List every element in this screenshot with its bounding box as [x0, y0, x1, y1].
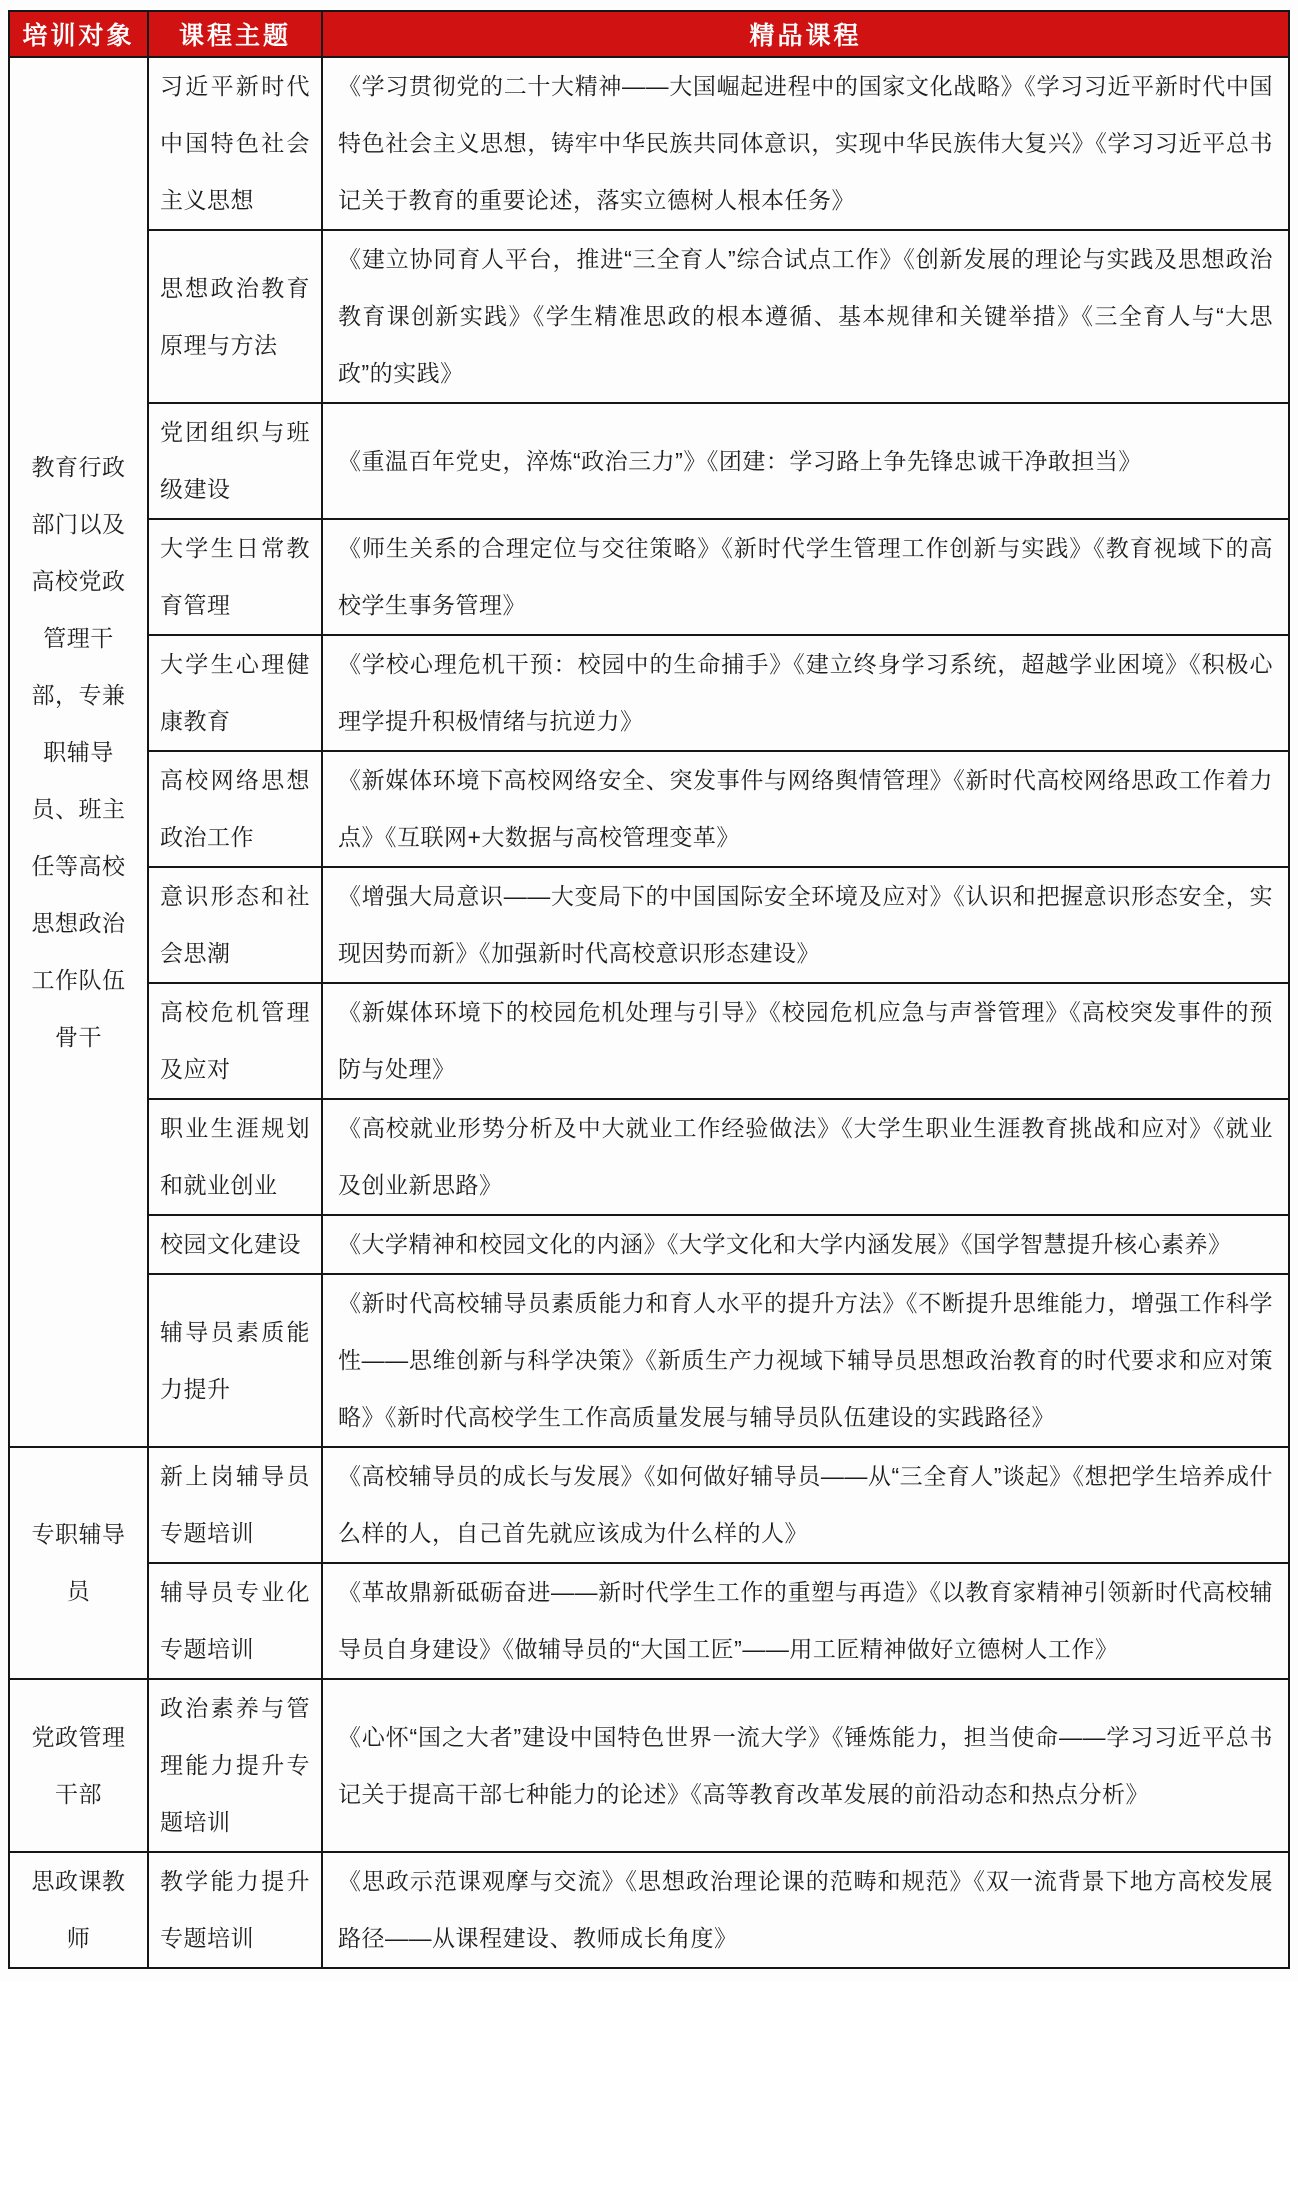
courses-cell: 《心怀“国之大者”建设中国特色世界一流大学》《锤炼能力，担当使命——学习习近平总… [322, 1679, 1289, 1852]
table-row: 专职辅导员 新上岗辅导员专题培训 《高校辅导员的成长与发展》《如何做好辅导员——… [9, 1447, 1289, 1563]
theme-cell: 习近平新时代中国特色社会主义思想 [148, 57, 322, 230]
courses-cell: 《学校心理危机干预：校园中的生命捕手》《建立终身学习系统，超越学业困境》《积极心… [322, 635, 1289, 751]
table-row: 职业生涯规划和就业创业 《高校就业形势分析及中大就业工作经验做法》《大学生职业生… [9, 1099, 1289, 1215]
course-catalog-table: 培训对象 课程主题 精品课程 教育行政部门以及高校党政管理干部，专兼职辅导员、班… [8, 10, 1290, 1969]
courses-cell: 《学习贯彻党的二十大精神——大国崛起进程中的国家文化战略》《学习习近平新时代中国… [322, 57, 1289, 230]
courses-cell: 《师生关系的合理定位与交往策略》《新时代学生管理工作创新与实践》《教育视域下的高… [322, 519, 1289, 635]
table-row: 党政管理干部 政治素养与管理能力提升专题培训 《心怀“国之大者”建设中国特色世界… [9, 1679, 1289, 1852]
courses-cell: 《革故鼎新砥砺奋进——新时代学生工作的重塑与再造》《以教育家精神引领新时代高校辅… [322, 1563, 1289, 1679]
theme-cell: 政治素养与管理能力提升专题培训 [148, 1679, 322, 1852]
courses-cell: 《大学精神和校园文化的内涵》《大学文化和大学内涵发展》《国学智慧提升核心素养》 [322, 1215, 1289, 1274]
theme-cell: 校园文化建设 [148, 1215, 322, 1274]
courses-cell: 《高校辅导员的成长与发展》《如何做好辅导员——从“三全育人”谈起》《想把学生培养… [322, 1447, 1289, 1563]
table-row: 思政课教师 教学能力提升专题培训 《思政示范课观摩与交流》《思想政治理论课的范畴… [9, 1852, 1289, 1968]
col-header-courses: 精品课程 [322, 11, 1289, 57]
table-row: 意识形态和社会思潮 《增强大局意识——大变局下的中国国际安全环境及应对》《认识和… [9, 867, 1289, 983]
audience-cell: 专职辅导员 [9, 1447, 148, 1679]
theme-cell: 意识形态和社会思潮 [148, 867, 322, 983]
courses-cell: 《新媒体环境下的校园危机处理与引导》《校园危机应急与声誉管理》《高校突发事件的预… [322, 983, 1289, 1099]
courses-cell: 《重温百年党史，淬炼“政治三力”》《团建：学习路上争先锋忠诚干净敢担当》 [322, 403, 1289, 519]
theme-cell: 党团组织与班级建设 [148, 403, 322, 519]
theme-cell: 职业生涯规划和就业创业 [148, 1099, 322, 1215]
table-row: 教育行政部门以及高校党政管理干部，专兼职辅导员、班主任等高校思想政治工作队伍骨干… [9, 57, 1289, 230]
audience-cell: 党政管理干部 [9, 1679, 148, 1852]
table-row: 大学生心理健康教育 《学校心理危机干预：校园中的生命捕手》《建立终身学习系统，超… [9, 635, 1289, 751]
table-row: 高校网络思想政治工作 《新媒体环境下高校网络安全、突发事件与网络舆情管理》《新时… [9, 751, 1289, 867]
table-row: 校园文化建设 《大学精神和校园文化的内涵》《大学文化和大学内涵发展》《国学智慧提… [9, 1215, 1289, 1274]
courses-cell: 《新媒体环境下高校网络安全、突发事件与网络舆情管理》《新时代高校网络思政工作着力… [322, 751, 1289, 867]
courses-cell: 《建立协同育人平台，推进“三全育人”综合试点工作》《创新发展的理论与实践及思想政… [322, 230, 1289, 403]
table-row: 辅导员素质能力提升 《新时代高校辅导员素质能力和育人水平的提升方法》《不断提升思… [9, 1274, 1289, 1447]
table-row: 党团组织与班级建设 《重温百年党史，淬炼“政治三力”》《团建：学习路上争先锋忠诚… [9, 403, 1289, 519]
theme-cell: 教学能力提升专题培训 [148, 1852, 322, 1968]
header-row: 培训对象 课程主题 精品课程 [9, 11, 1289, 57]
table-row: 高校危机管理及应对 《新媒体环境下的校园危机处理与引导》《校园危机应急与声誉管理… [9, 983, 1289, 1099]
theme-cell: 辅导员素质能力提升 [148, 1274, 322, 1447]
table-row: 辅导员专业化专题培训 《革故鼎新砥砺奋进——新时代学生工作的重塑与再造》《以教育… [9, 1563, 1289, 1679]
col-header-theme: 课程主题 [148, 11, 322, 57]
theme-cell: 大学生日常教育管理 [148, 519, 322, 635]
courses-cell: 《增强大局意识——大变局下的中国国际安全环境及应对》《认识和把握意识形态安全，实… [322, 867, 1289, 983]
theme-cell: 高校危机管理及应对 [148, 983, 322, 1099]
theme-cell: 思想政治教育原理与方法 [148, 230, 322, 403]
courses-cell: 《新时代高校辅导员素质能力和育人水平的提升方法》《不断提升思维能力，增强工作科学… [322, 1274, 1289, 1447]
table-row: 思想政治教育原理与方法 《建立协同育人平台，推进“三全育人”综合试点工作》《创新… [9, 230, 1289, 403]
col-header-audience: 培训对象 [9, 11, 148, 57]
courses-cell: 《高校就业形势分析及中大就业工作经验做法》《大学生职业生涯教育挑战和应对》《就业… [322, 1099, 1289, 1215]
page: 培训对象 课程主题 精品课程 教育行政部门以及高校党政管理干部，专兼职辅导员、班… [0, 0, 1298, 1981]
theme-cell: 高校网络思想政治工作 [148, 751, 322, 867]
audience-cell: 教育行政部门以及高校党政管理干部，专兼职辅导员、班主任等高校思想政治工作队伍骨干 [9, 57, 148, 1447]
table-row: 大学生日常教育管理 《师生关系的合理定位与交往策略》《新时代学生管理工作创新与实… [9, 519, 1289, 635]
courses-cell: 《思政示范课观摩与交流》《思想政治理论课的范畴和规范》《双一流背景下地方高校发展… [322, 1852, 1289, 1968]
audience-cell: 思政课教师 [9, 1852, 148, 1968]
theme-cell: 大学生心理健康教育 [148, 635, 322, 751]
theme-cell: 新上岗辅导员专题培训 [148, 1447, 322, 1563]
theme-cell: 辅导员专业化专题培训 [148, 1563, 322, 1679]
